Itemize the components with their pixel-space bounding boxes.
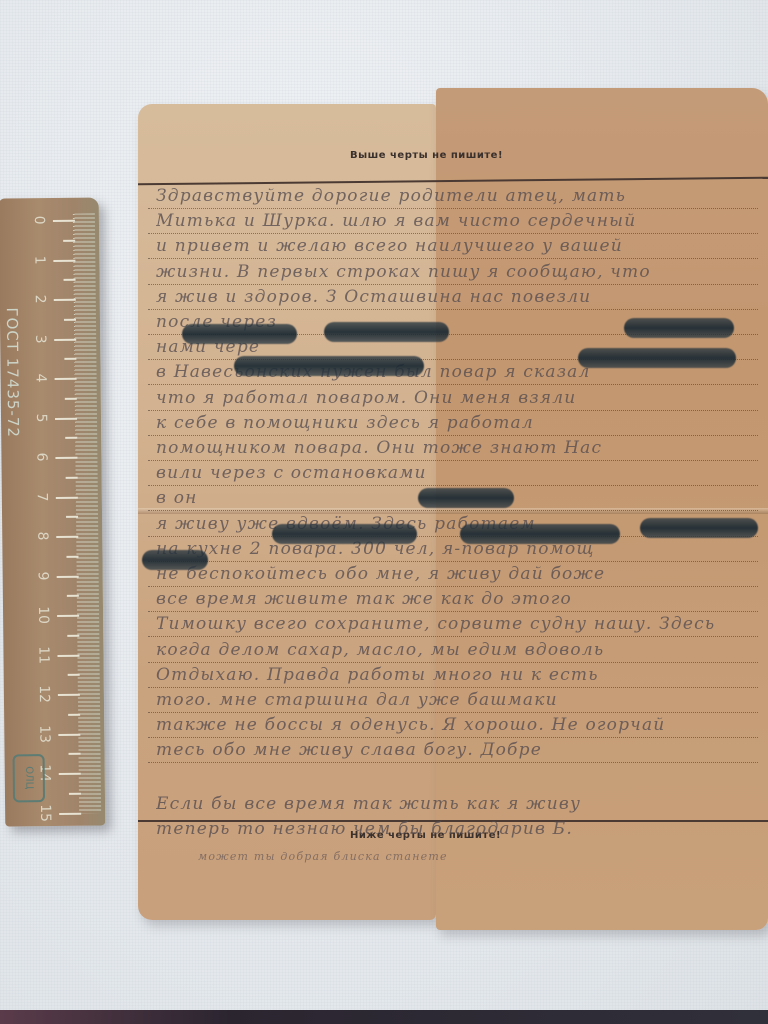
ruler-number: 9	[35, 564, 51, 588]
ruled-line	[148, 712, 758, 713]
ruler-half-tick	[63, 239, 75, 241]
ruler-cm-tick	[57, 575, 79, 577]
ruler-half-tick	[69, 792, 81, 794]
handwritten-line: на кухне 2 повара. 300 чел, я-повар помо…	[156, 539, 764, 559]
censor-mark	[234, 356, 424, 376]
handwritten-line: Тимошку всего сохраните, сорвите судну н…	[156, 614, 764, 634]
ruler-half-tick	[64, 318, 76, 320]
ruler-cm-tick	[58, 733, 80, 735]
wooden-ruler: ГОСТ 17435-72 0123456789101112131415 ОЛЦ	[0, 197, 105, 826]
handwritten-line: Митька и Шурка. шлю я вам чисто сердечны…	[156, 211, 764, 231]
censor-mark	[460, 524, 620, 544]
ruler-half-tick	[66, 476, 78, 478]
ruled-line	[148, 611, 758, 612]
ruler-half-tick	[68, 674, 80, 676]
ruler-half-tick	[66, 516, 78, 518]
handwritten-line: Здравствуйте дорогие родители атец, мать	[156, 186, 764, 206]
ruled-line	[148, 561, 758, 562]
ruler-half-tick	[66, 555, 78, 557]
ruler-cm-tick	[54, 338, 76, 340]
ruler-number: 11	[35, 643, 51, 667]
ruled-line	[148, 435, 758, 436]
ruler-cm-tick	[54, 299, 76, 301]
ruled-line	[148, 687, 758, 688]
ruled-line	[148, 485, 758, 486]
ruler-half-tick	[64, 279, 76, 281]
ruler-number: 0	[31, 208, 47, 232]
handwritten-line: к себе в помощники здесь я работал	[156, 413, 764, 433]
ruler-cm-tick	[53, 259, 75, 261]
ruler-number: 7	[34, 485, 50, 509]
ruler-half-tick	[67, 595, 79, 597]
handwritten-line: тесь обо мне живу слава богу. Добре	[156, 740, 764, 760]
ruled-line	[148, 233, 758, 234]
ruler-half-tick	[69, 753, 81, 755]
ruled-line	[148, 762, 758, 763]
table-edge	[0, 1010, 768, 1024]
letter: Выше черты не пишите! Ниже черты не пиши…	[138, 88, 768, 930]
handwritten-line: все время живите так же как до этого	[156, 589, 764, 609]
censor-mark	[324, 322, 449, 342]
handwritten-line: вили через с остановками	[156, 463, 764, 483]
handwritten-line: Если бы все время так жить как я живу	[156, 794, 764, 814]
ruled-line	[148, 410, 758, 411]
ruler-half-tick	[68, 713, 80, 715]
handwritten-line: и привет и желаю всего наилучшего у ваше…	[156, 236, 764, 256]
ruled-line	[148, 737, 758, 738]
ruled-line	[148, 384, 758, 385]
censor-mark	[272, 524, 417, 544]
ruler-cm-tick	[58, 694, 80, 696]
ruler-millimeter-scale	[73, 214, 101, 814]
ruler-half-tick	[64, 358, 76, 360]
ruler-number: 12	[36, 682, 52, 706]
handwritten-line: помощником повара. Они тоже знают Нас	[156, 438, 764, 458]
ruler-number: 1	[31, 248, 47, 272]
ruler-number: 13	[36, 722, 52, 746]
ruler-maker-logo: ОЛЦ	[13, 754, 46, 802]
handwritten-line: жизни. В первых строках пишу я сообщаю, …	[156, 262, 764, 282]
ruled-line	[148, 284, 758, 285]
ruler-number: 2	[32, 287, 48, 311]
ruler-number: 5	[33, 406, 49, 430]
ruler-cm-tick	[57, 654, 79, 656]
ruled-line	[148, 309, 758, 310]
ruler-standard-label: ГОСТ 17435-72	[3, 307, 22, 447]
top-notice: Выше черты не пишите!	[350, 150, 503, 161]
handwritten-line: также не боссы я оденусь. Я хорошо. Не о…	[156, 715, 764, 735]
ruled-line	[148, 208, 758, 209]
ruled-line	[148, 662, 758, 663]
handwritten-line: когда делом сахар, масло, мы едим вдовол…	[156, 640, 764, 660]
ruler-number: 15	[37, 801, 53, 825]
handwritten-line: теперь то незнаю чем бы благодарив Б.	[156, 819, 764, 839]
ruled-line	[148, 258, 758, 259]
ruler-half-tick	[67, 634, 79, 636]
censor-mark	[182, 324, 297, 344]
censor-mark	[624, 318, 734, 338]
censor-mark	[142, 550, 208, 570]
ruler-cm-tick	[57, 615, 79, 617]
ruler-number: 6	[33, 445, 49, 469]
ruler-number: 10	[35, 603, 51, 627]
ruler-cm-tick	[59, 773, 81, 775]
ruled-line	[148, 460, 758, 461]
ruler-number: 3	[32, 327, 48, 351]
ruler-cm-tick	[56, 496, 78, 498]
margin-note: может ты добрая блиска станете	[198, 850, 768, 863]
ruler-cm-tick	[53, 220, 75, 222]
ruler-cm-tick	[55, 378, 77, 380]
ruled-line	[148, 586, 758, 587]
ruled-line	[148, 510, 758, 511]
ruler-half-tick	[65, 397, 77, 399]
handwritten-line: я жив и здоров. З Осташвина нас повезли	[156, 287, 764, 307]
handwritten-line: Отдыхаю. Правда работы много ни к есть	[156, 665, 764, 685]
censor-mark	[578, 348, 736, 368]
ruler-number: 4	[32, 366, 48, 390]
censor-mark	[418, 488, 514, 508]
handwritten-line: не беспокойтесь обо мне, я живу дай боже	[156, 564, 764, 584]
ruler-cm-tick	[59, 812, 81, 814]
censor-mark	[640, 518, 758, 538]
ruler-cm-tick	[56, 536, 78, 538]
ruler-cm-tick	[55, 457, 77, 459]
ruler-half-tick	[65, 437, 77, 439]
handwritten-line: что я работал поваром. Они меня взяли	[156, 388, 764, 408]
handwritten-line: того. мне старшина дал уже башмаки	[156, 690, 764, 710]
ruled-line	[148, 636, 758, 637]
ruler-cm-tick	[55, 417, 77, 419]
ruler-number: 8	[34, 524, 50, 548]
